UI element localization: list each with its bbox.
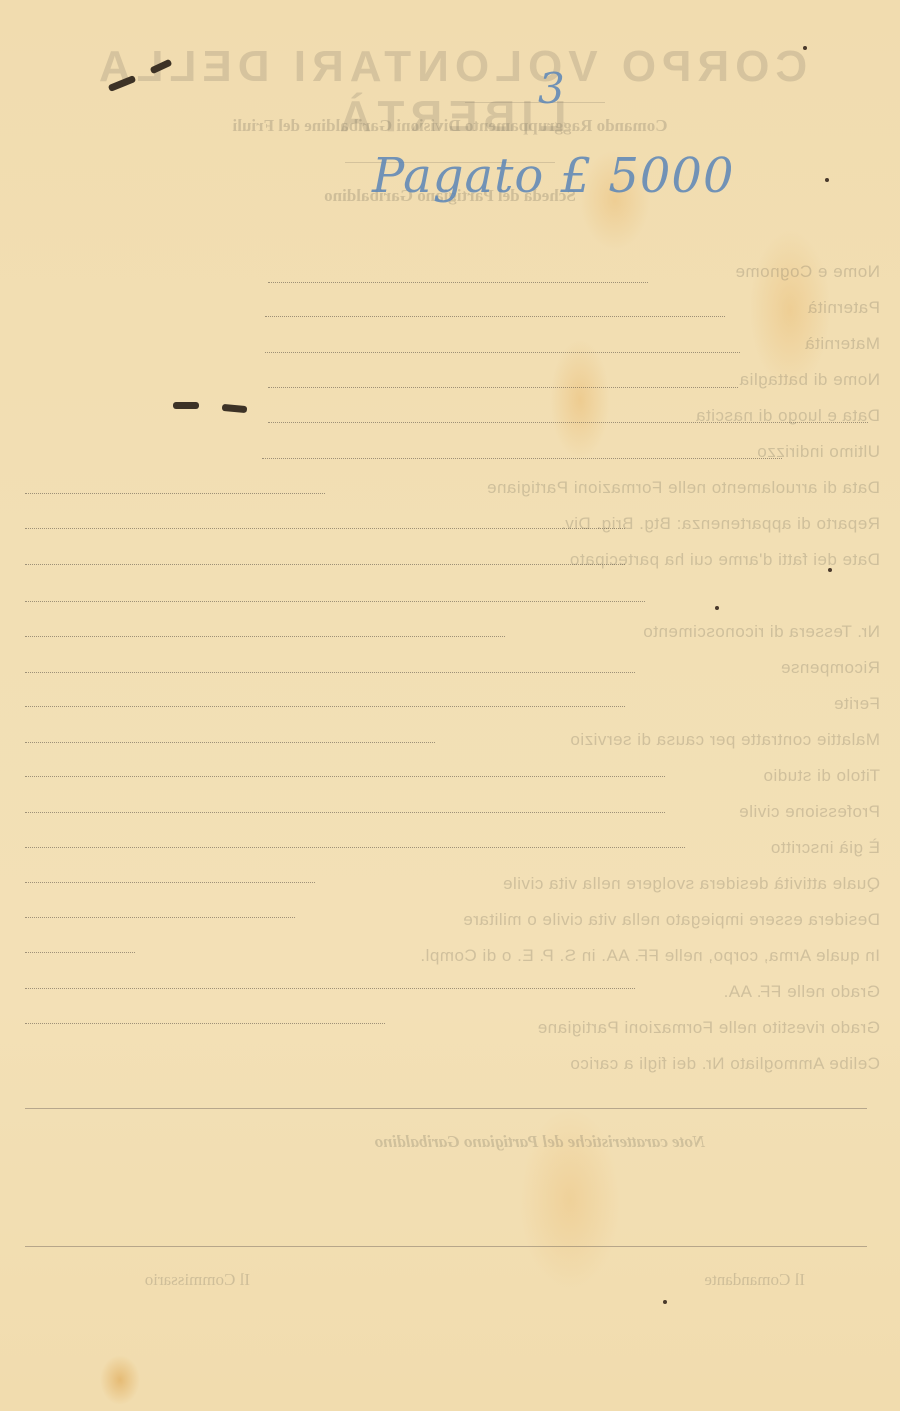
handwritten-payment-note: Pagato £ 5000 bbox=[372, 148, 735, 204]
bleed-field: Nome e Cognome bbox=[735, 262, 880, 282]
bleed-field: Malattie contratte per causa di servizio bbox=[570, 730, 880, 750]
bleed-field: Data e luogo di nascita bbox=[696, 406, 880, 426]
bleed-field: Desidera essere impiegato nella vita civ… bbox=[463, 910, 880, 930]
bleed-subtitle: Comando Raggruppamento Divisioni Garibal… bbox=[0, 116, 900, 136]
bleed-field: Data di arruolamento nelle Formazioni Pa… bbox=[487, 478, 880, 498]
bleed-field: Titolo di studio bbox=[763, 766, 880, 786]
bleed-field: In quale Arma, corpo, nelle FF. AA. in S… bbox=[420, 946, 880, 966]
bleed-field: Grado rivestito nelle Formazioni Partigi… bbox=[537, 1018, 880, 1038]
bleed-footer-heading: Note caratteristiche del Partigiano Gari… bbox=[374, 1132, 705, 1152]
bleed-field: Celibe Ammogliato Nr. dei figli a carico bbox=[570, 1054, 880, 1074]
bleed-field: Nr. Tessera di riconoscimento bbox=[643, 622, 880, 642]
bleed-field: Date dei fatti d'arme cui ha partecipato bbox=[569, 550, 880, 570]
staple-mark bbox=[173, 402, 199, 409]
bleed-signature: Il Comandante bbox=[704, 1270, 805, 1290]
bleed-field: Professione civile bbox=[739, 802, 880, 822]
bleed-field: Quale attività desidera svolgere nella v… bbox=[503, 874, 880, 894]
bleed-field: Reparto di appartenenza: Btg. Brig. Div. bbox=[561, 514, 880, 534]
document-page: CORPO VOLONTARI DELLA LIBERTÀ Comando Ra… bbox=[0, 0, 900, 1411]
bleed-signature: Il Commissario bbox=[145, 1270, 250, 1290]
bleed-field: Ultimo indirizzo bbox=[757, 442, 880, 462]
bleed-field: Maternità bbox=[805, 334, 880, 354]
bleed-field: È già inscritto bbox=[770, 838, 880, 858]
handwritten-number: 3 bbox=[538, 64, 565, 113]
bleed-field: Paternità bbox=[807, 298, 880, 318]
bleed-field: Nome di battaglia bbox=[739, 370, 880, 390]
bleed-field: Ricompense bbox=[781, 658, 881, 678]
bleed-field: Grado nelle FF. AA. bbox=[723, 982, 880, 1002]
bleed-field: Ferite bbox=[834, 694, 880, 714]
